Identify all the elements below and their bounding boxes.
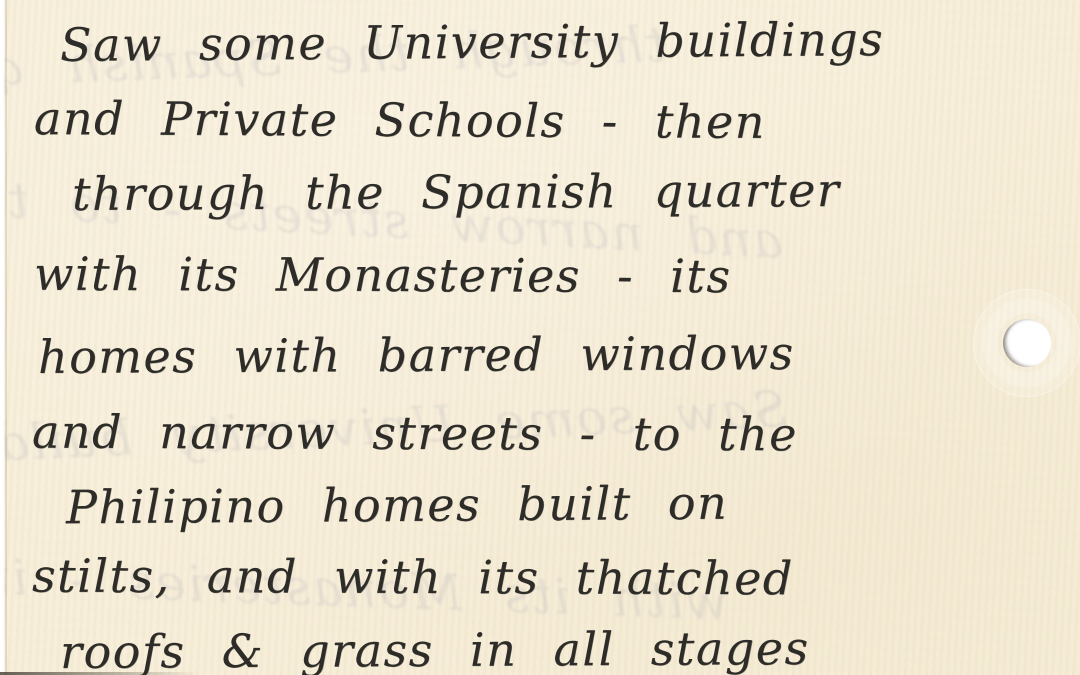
handwritten-line: Saw some University buildings [60,11,885,73]
handwritten-line: with its Monasteries - its [34,246,732,304]
letter-page: through the Spanish quarter and narrow s… [0,0,1080,675]
handwritten-line: stilts, and with its thatched [32,548,794,607]
scan-edge-left-shadow [5,0,7,675]
handwritten-line: Philipino homes built on [66,475,729,536]
hole-punch [1003,319,1051,367]
handwritten-line: and Private Schools - then [34,90,766,150]
handwritten-line: and narrow streets - to the [32,404,798,463]
handwritten-line: roofs & grass in all stages [60,620,810,675]
handwritten-line: homes with barred windows [38,325,795,385]
handwritten-line: through the Spanish quarter [72,162,841,222]
